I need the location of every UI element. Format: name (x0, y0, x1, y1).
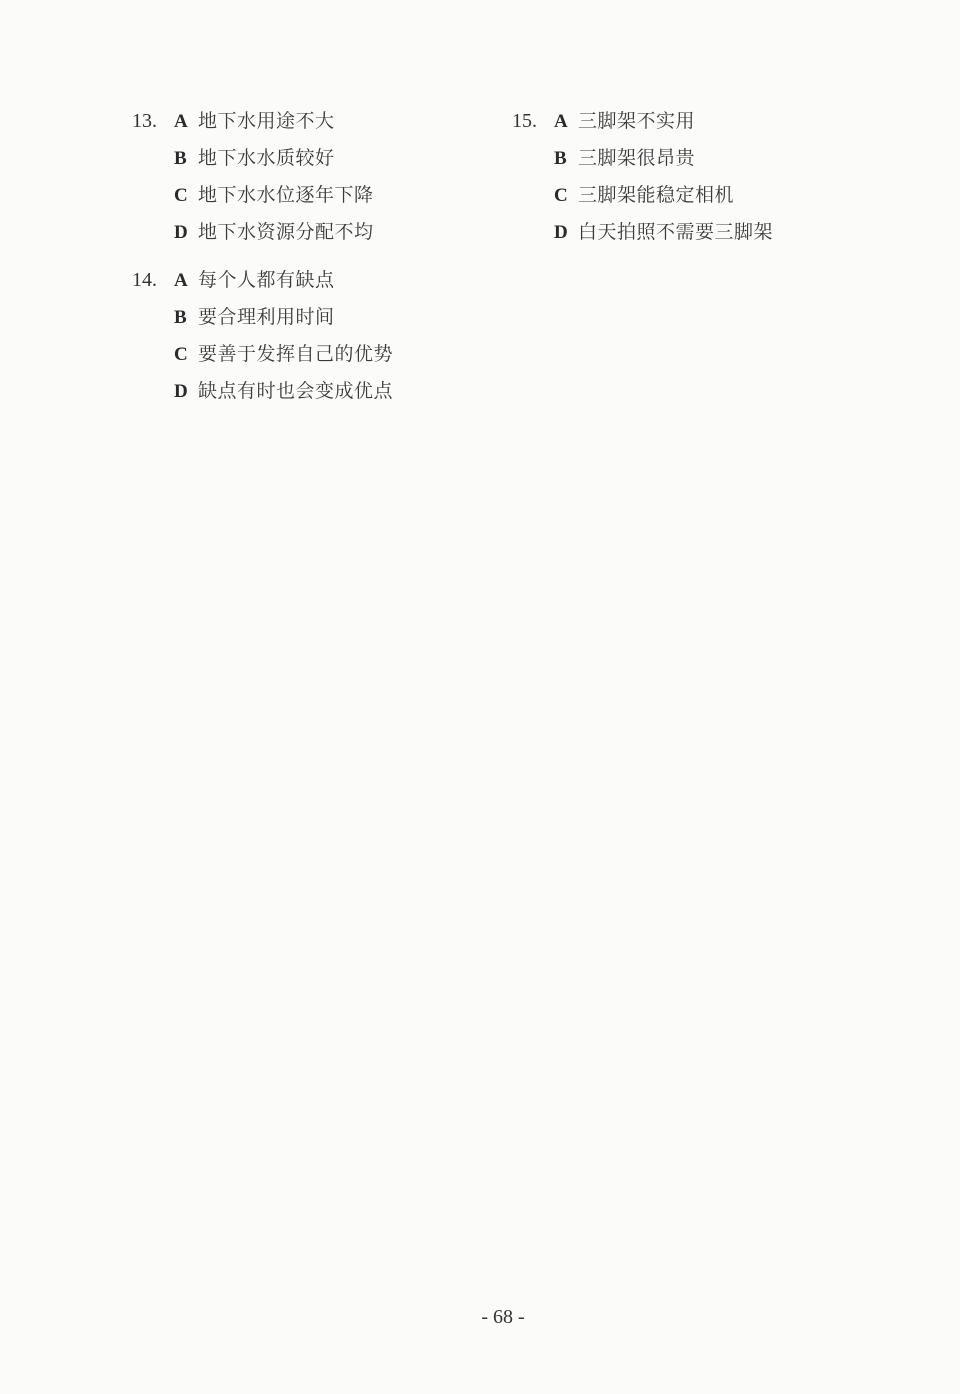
option-letter: A (554, 103, 568, 140)
option-letter: A (174, 262, 188, 299)
option-text: 缺点有时也会变成优点 (198, 373, 393, 410)
option-text: 要合理利用时间 (198, 299, 335, 336)
option-letter: B (174, 140, 187, 177)
option-letter: D (174, 214, 188, 251)
option-letter: B (174, 299, 187, 336)
option-text: 地下水水位逐年下降 (198, 177, 374, 214)
option-text: 每个人都有缺点 (198, 262, 335, 299)
question-number: 15. (512, 103, 537, 140)
page-number: - 68 - (0, 1306, 960, 1329)
option-letter: C (174, 177, 188, 214)
option-text: 要善于发挥自己的优势 (198, 336, 393, 373)
option-text: 白天拍照不需要三脚架 (578, 214, 773, 251)
option-text: 地下水用途不大 (198, 103, 335, 140)
option-text: 地下水资源分配不均 (198, 214, 374, 251)
option-letter: D (174, 373, 188, 410)
option-text: 地下水水质较好 (198, 140, 335, 177)
option-text: 三脚架不实用 (578, 103, 695, 140)
option-letter: B (554, 140, 567, 177)
option-letter: A (174, 103, 188, 140)
question-number: 13. (132, 103, 157, 140)
option-letter: C (554, 177, 568, 214)
option-text: 三脚架能稳定相机 (578, 177, 734, 214)
option-letter: C (174, 336, 188, 373)
option-letter: D (554, 214, 568, 251)
option-text: 三脚架很昂贵 (578, 140, 695, 177)
question-number: 14. (132, 262, 157, 299)
